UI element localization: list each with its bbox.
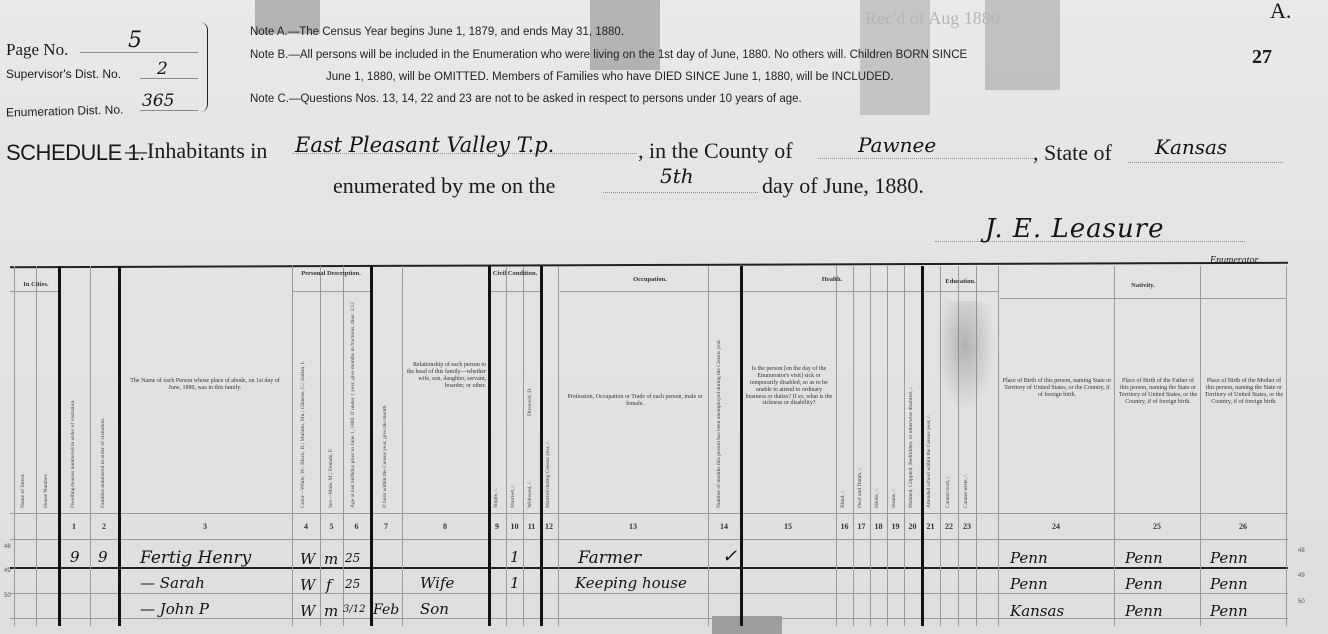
day-value: 5th bbox=[660, 164, 694, 188]
age: 25 bbox=[345, 551, 360, 565]
color: W bbox=[300, 576, 315, 594]
group-education: Education. bbox=[923, 278, 998, 285]
mother-birthplace: Penn bbox=[1210, 602, 1248, 620]
person-name: — John P bbox=[140, 600, 209, 618]
census-table: In Cities. Personal Description. Civil C… bbox=[10, 266, 1288, 626]
age: 25 bbox=[345, 577, 360, 591]
married-mark: 1 bbox=[510, 548, 520, 566]
day-rule bbox=[603, 192, 758, 193]
mother-birthplace: Penn bbox=[1210, 575, 1248, 593]
sex: m bbox=[324, 550, 338, 568]
color: W bbox=[300, 550, 315, 568]
enumerated-label: enumerated by me on the bbox=[333, 173, 555, 199]
county-rule bbox=[818, 158, 1033, 159]
sex: f bbox=[326, 576, 332, 594]
group-occupation: Occupation. bbox=[560, 276, 740, 283]
schedule-title: SCHEDULE 1. bbox=[6, 140, 145, 166]
header-cannot-read: Cannot read, /. bbox=[945, 476, 951, 508]
header-father-birthplace: Place of Birth of the Father of this per… bbox=[1118, 378, 1198, 406]
header-married-census-year: Married during Census year, /. bbox=[545, 441, 551, 508]
group-personal: Personal Description. bbox=[300, 270, 362, 277]
header-birthplace: Place of Birth of this person, naming St… bbox=[1002, 378, 1112, 399]
header-name: The Name of each Person whose place of a… bbox=[130, 378, 280, 392]
group-health: Health. bbox=[743, 276, 921, 283]
page-no-value: 5 bbox=[128, 28, 142, 53]
water-stain bbox=[935, 301, 995, 411]
colnum-top bbox=[10, 513, 1288, 514]
header-attended-school: Attended school within the Census year, … bbox=[926, 415, 932, 508]
group-nativity: Nativity. bbox=[1000, 282, 1286, 289]
header-sex: Sex—Male, M.; Female, F. bbox=[328, 448, 334, 508]
occupation: Farmer bbox=[578, 548, 641, 568]
header-married: Married, /. bbox=[510, 485, 516, 508]
color: W bbox=[300, 602, 315, 620]
header-color: Color—White, W.; Black, B.; Mulatto, Mu.… bbox=[300, 361, 306, 508]
header-blind: Blind, /. bbox=[840, 490, 846, 508]
occupation: Keeping house bbox=[575, 574, 687, 592]
township-value: East Pleasant Valley T.p. bbox=[295, 133, 554, 157]
header-cannot-write: Cannot write, /. bbox=[963, 474, 969, 508]
header-mother-birthplace: Place of Birth of the Mother of this per… bbox=[1204, 378, 1284, 406]
father-birthplace: Penn bbox=[1125, 575, 1163, 593]
father-birthplace: Penn bbox=[1125, 549, 1163, 567]
enumeration-label: Enumeration Dist. No. bbox=[6, 102, 124, 119]
age: 3/12 bbox=[343, 604, 365, 615]
header-months-unemployed: Number of months this person has been un… bbox=[716, 339, 722, 508]
header-sick: Is the person [on the day of the Enumera… bbox=[745, 366, 833, 407]
father-birthplace: Penn bbox=[1125, 602, 1163, 620]
brace bbox=[200, 22, 208, 112]
supervisor-label: Supervisor's Dist. No. bbox=[6, 67, 121, 81]
header-single: Single, /. bbox=[493, 488, 499, 508]
relationship: Son bbox=[420, 600, 449, 618]
note-a: Note A.—The Census Year begins June 1, 1… bbox=[250, 26, 624, 38]
header-deaf-dumb: Deaf and Dumb, /. bbox=[857, 467, 863, 508]
months-unemployed-mark: ✓ bbox=[722, 546, 737, 567]
header-insane: Insane, /. bbox=[891, 488, 897, 508]
birthplace: Penn bbox=[1010, 575, 1048, 593]
header-house-number: House Number. bbox=[43, 473, 49, 508]
birthplace: Penn bbox=[1010, 549, 1048, 567]
supervisor-rule bbox=[140, 78, 198, 79]
note-b-line1: Note B.—All persons will be included in … bbox=[250, 49, 967, 61]
page-no-label: Page No. bbox=[6, 40, 68, 60]
page-ref-number: 27 bbox=[1252, 46, 1272, 69]
state-label: , State of bbox=[1033, 140, 1112, 166]
family-number: 9 bbox=[98, 548, 108, 566]
note-b-line2: June 1, 1880, will be OMITTED. Members o… bbox=[326, 71, 894, 83]
county-value: Pawnee bbox=[858, 133, 936, 157]
header-street: Name of Street. bbox=[20, 473, 26, 508]
received-stamp: Rec'd of Aug 1880 bbox=[865, 8, 1000, 29]
header-idiotic: Idiotic, /. bbox=[874, 488, 880, 508]
state-value: Kansas bbox=[1155, 135, 1227, 159]
supervisor-value: 2 bbox=[157, 59, 168, 79]
enumerator-signature: J. E. Leasure bbox=[985, 214, 1165, 244]
note-c: Note C.—Questions Nos. 13, 14, 22 and 23… bbox=[250, 93, 802, 105]
born-month: Feb bbox=[373, 602, 399, 618]
mother-birthplace: Penn bbox=[1210, 549, 1248, 567]
header-family: Families numbered in order of visitation… bbox=[100, 418, 106, 508]
group-civil: Civil Condition. bbox=[492, 270, 538, 277]
person-name: Fertig Henry bbox=[140, 548, 251, 568]
header-dwelling: Dwelling-houses numbered in order of vis… bbox=[70, 400, 76, 508]
header-profession: Profession, Occupation or Trade of each … bbox=[565, 394, 705, 408]
header-relationship: Relationship of each person to the head … bbox=[406, 362, 486, 390]
colnum-bottom bbox=[10, 539, 1288, 540]
married-mark: 1 bbox=[510, 574, 520, 592]
relationship: Wife bbox=[420, 574, 454, 592]
header-age: Age at last birthday prior to June 1, 18… bbox=[350, 302, 356, 508]
group-in-cities: In Cities. bbox=[14, 281, 58, 288]
birthplace: Kansas bbox=[1010, 602, 1064, 620]
inhabitants-label: —Inhabitants in bbox=[125, 138, 267, 164]
header-born-month: If born within the Census year, give the… bbox=[382, 404, 388, 508]
census-page: Rec'd of Aug 1880 A. 27 Page No. 5 Super… bbox=[0, 0, 1328, 634]
sex: m bbox=[324, 602, 338, 620]
enumeration-value: 365 bbox=[142, 91, 174, 111]
header-widowed: Widowed, /. bbox=[527, 481, 533, 508]
state-rule bbox=[1128, 162, 1283, 163]
enumerator-label: Enumerator. bbox=[1210, 255, 1260, 266]
date-suffix: day of June, 1880. bbox=[762, 173, 924, 199]
sheet-letter: A. bbox=[1270, 0, 1291, 24]
county-label: , in the County of bbox=[638, 138, 793, 164]
person-name: — Sarah bbox=[140, 574, 205, 592]
dwelling-number: 9 bbox=[70, 548, 80, 566]
header-maimed: Maimed, Crippled, Bedridden, or otherwis… bbox=[908, 387, 914, 508]
header-divorced: Divorced, D. bbox=[527, 387, 533, 416]
